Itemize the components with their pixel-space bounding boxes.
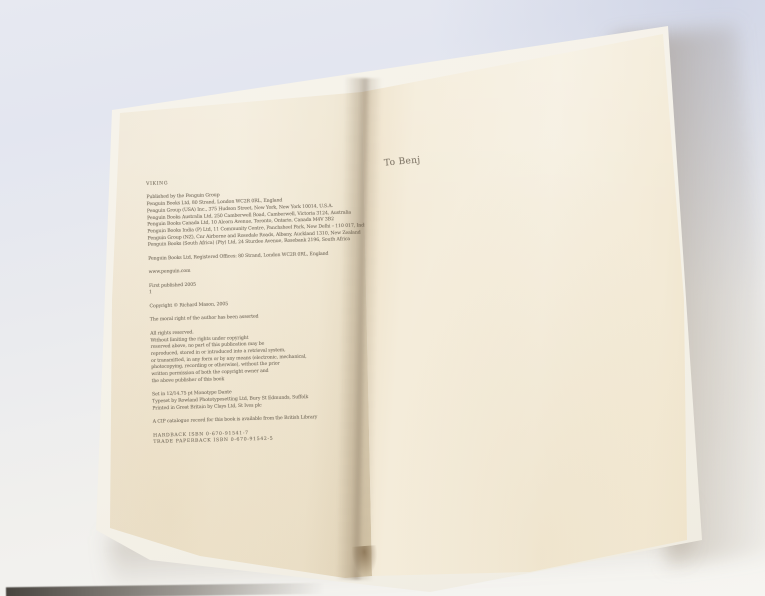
- copyright-line: VIKING: [146, 175, 365, 188]
- copyright-line: Penguin Books Ltd, Registered Offices: 8…: [148, 250, 367, 263]
- copyright-line: Copyright © Richard Mason, 2005: [149, 297, 368, 310]
- copyright-line: The moral right of the author has been a…: [150, 311, 369, 324]
- dedication-text: To Benj: [384, 155, 421, 168]
- dedication-page: To Benj: [340, 25, 705, 585]
- table-edge-shadow: [6, 583, 341, 596]
- book-photo: VIKINGPublished by the Penguin GroupPeng…: [0, 0, 765, 596]
- spine-gutter-bottom-shadow: [351, 545, 379, 577]
- copyright-page: VIKINGPublished by the Penguin GroupPeng…: [80, 85, 380, 590]
- copyright-line: www.penguin.com: [148, 263, 367, 276]
